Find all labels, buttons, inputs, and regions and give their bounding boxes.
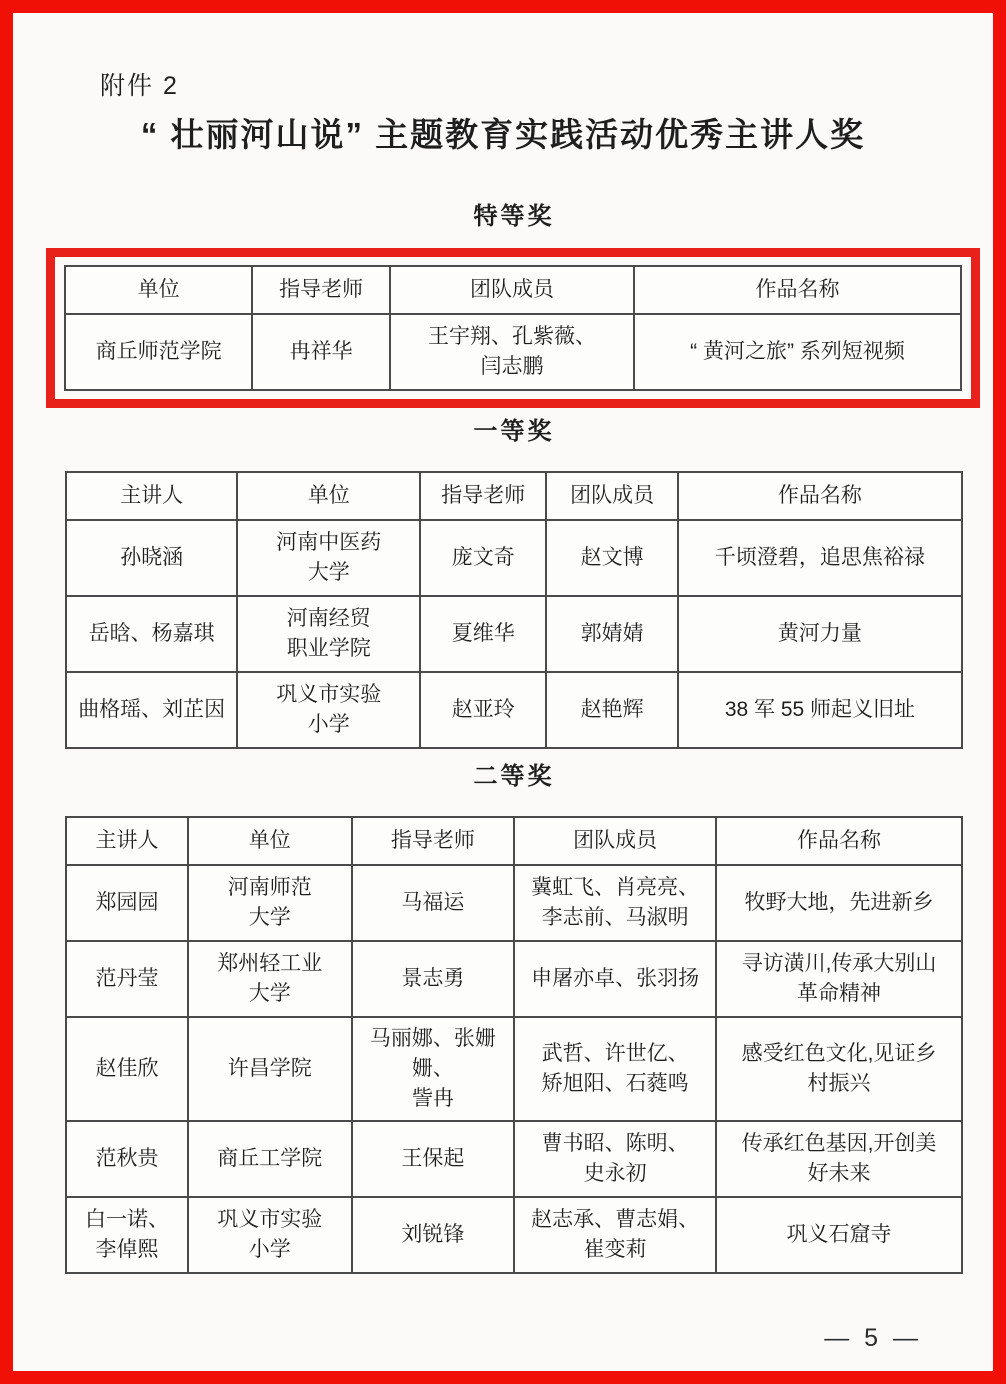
column-header-4: 作品名称 <box>634 266 961 314</box>
table-row: 孙晓涵河南中医药 大学庞文奇赵文博千顷澄碧，追思焦裕禄 <box>66 520 962 596</box>
table-cell: 夏维华 <box>420 596 546 672</box>
table-cell: 曲格瑶、刘芷因 <box>66 672 237 748</box>
table-cell: 郑州轻工业 大学 <box>188 941 352 1017</box>
table-cell: 商丘师范学院 <box>65 314 252 390</box>
table-row: 范秋贵商丘工学院王保起曹书昭、陈明、 史永初传承红色基因,开创美 好未来 <box>66 1121 962 1197</box>
table-cell: 孙晓涵 <box>66 520 237 596</box>
table-cell: 郑园园 <box>66 865 188 941</box>
section-heading-first-prize: 一等奖 <box>65 418 963 447</box>
column-header-1: 单位 <box>65 266 252 314</box>
table-cell: “ 黄河之旅” 系列短视频 <box>634 314 961 390</box>
table-cell: 传承红色基因,开创美 好未来 <box>716 1121 962 1197</box>
table-cell: 牧野大地，先进新乡 <box>716 865 962 941</box>
table-row: 商丘师范学院冉祥华王宇翔、孔紫薇、 闫志鹏“ 黄河之旅” 系列短视频 <box>65 314 961 390</box>
attachment-label: 附件 2 <box>100 0 1006 102</box>
table-cell: 马丽娜、张姗姗、 訾冉 <box>352 1017 515 1121</box>
column-header-1: 主讲人 <box>66 472 237 520</box>
table-row: 郑园园河南师范 大学马福运冀虹飞、肖亮亮、 李志前、马淑明牧野大地，先进新乡 <box>66 865 962 941</box>
table-cell: 武哲、许世亿、 矫旭阳、石蕤鸣 <box>514 1017 716 1121</box>
table-cell: 巩义市实验 小学 <box>237 672 420 748</box>
table-cell: 巩义市实验 小学 <box>188 1197 352 1273</box>
table-row: 白一诺、 李倬熙巩义市实验 小学刘锐锋赵志承、曹志娟、 崔变莉巩义石窟寺 <box>66 1197 962 1273</box>
table-cell: 许昌学院 <box>188 1017 352 1121</box>
special-prize-table: 单位指导老师团队成员作品名称商丘师范学院冉祥华王宇翔、孔紫薇、 闫志鹏“ 黄河之… <box>64 265 962 391</box>
table-cell: 曹书昭、陈明、 史永初 <box>514 1121 716 1197</box>
table-header-row: 主讲人单位指导老师团队成员作品名称 <box>66 817 962 865</box>
column-header-1: 主讲人 <box>66 817 188 865</box>
table-cell: 河南中医药 大学 <box>237 520 420 596</box>
table-header-row: 主讲人单位指导老师团队成员作品名称 <box>66 472 962 520</box>
column-header-3: 指导老师 <box>420 472 546 520</box>
table-cell: 赵文博 <box>546 520 678 596</box>
table-cell: 岳晗、杨嘉琪 <box>66 596 237 672</box>
column-header-4: 团队成员 <box>546 472 678 520</box>
section-heading-special-prize: 特等奖 <box>65 203 963 232</box>
table-cell: 商丘工学院 <box>188 1121 352 1197</box>
special-prize-highlight-annotation: 单位指导老师团队成员作品名称商丘师范学院冉祥华王宇翔、孔紫薇、 闫志鹏“ 黄河之… <box>46 248 980 408</box>
table-cell: 景志勇 <box>352 941 515 1017</box>
table-cell: 赵艳辉 <box>546 672 678 748</box>
table-cell: 赵志承、曹志娟、 崔变莉 <box>514 1197 716 1273</box>
column-header-3: 指导老师 <box>352 817 515 865</box>
table-cell: 38 军 55 师起义旧址 <box>678 672 962 748</box>
first-prize-table: 主讲人单位指导老师团队成员作品名称孙晓涵河南中医药 大学庞文奇赵文博千顷澄碧，追… <box>65 471 963 749</box>
table-cell: 王保起 <box>352 1121 515 1197</box>
section-heading-second-prize: 二等奖 <box>65 763 963 792</box>
page-number: — 5 — <box>0 1324 1006 1353</box>
table-cell: 冉祥华 <box>252 314 390 390</box>
column-header-5: 作品名称 <box>678 472 962 520</box>
table-cell: 郭婧婧 <box>546 596 678 672</box>
table-cell: 河南经贸 职业学院 <box>237 596 420 672</box>
table-header-row: 单位指导老师团队成员作品名称 <box>65 266 961 314</box>
table-cell: 黄河力量 <box>678 596 962 672</box>
table-row: 岳晗、杨嘉琪河南经贸 职业学院夏维华郭婧婧黄河力量 <box>66 596 962 672</box>
table-cell: 感受红色文化,见证乡 村振兴 <box>716 1017 962 1121</box>
table-cell: 白一诺、 李倬熙 <box>66 1197 188 1273</box>
column-header-3: 团队成员 <box>390 266 634 314</box>
table-cell: 申屠亦卓、张羽扬 <box>514 941 716 1017</box>
document-page: 附件 2 “ 壮丽河山说” 主题教育实践活动优秀主讲人奖 特等奖 单位指导老师团… <box>0 0 1006 1384</box>
table-cell: 冀虹飞、肖亮亮、 李志前、马淑明 <box>514 865 716 941</box>
table-row: 曲格瑶、刘芷因巩义市实验 小学赵亚玲赵艳辉38 军 55 师起义旧址 <box>66 672 962 748</box>
table-cell: 寻访潢川,传承大别山 革命精神 <box>716 941 962 1017</box>
table-cell: 马福运 <box>352 865 515 941</box>
table-cell: 范丹莹 <box>66 941 188 1017</box>
table-row: 范丹莹郑州轻工业 大学景志勇申屠亦卓、张羽扬寻访潢川,传承大别山 革命精神 <box>66 941 962 1017</box>
table-cell: 庞文奇 <box>420 520 546 596</box>
table-cell: 范秋贵 <box>66 1121 188 1197</box>
table-cell: 千顷澄碧，追思焦裕禄 <box>678 520 962 596</box>
column-header-4: 团队成员 <box>514 817 716 865</box>
table-cell: 河南师范 大学 <box>188 865 352 941</box>
table-cell: 刘锐锋 <box>352 1197 515 1273</box>
column-header-2: 指导老师 <box>252 266 390 314</box>
page-title: “ 壮丽河山说” 主题教育实践活动优秀主讲人奖 <box>42 114 964 155</box>
table-cell: 赵亚玲 <box>420 672 546 748</box>
second-prize-table: 主讲人单位指导老师团队成员作品名称郑园园河南师范 大学马福运冀虹飞、肖亮亮、 李… <box>65 816 963 1274</box>
table-cell: 赵佳欣 <box>66 1017 188 1121</box>
table-cell: 王宇翔、孔紫薇、 闫志鹏 <box>390 314 634 390</box>
table-row: 赵佳欣许昌学院马丽娜、张姗姗、 訾冉武哲、许世亿、 矫旭阳、石蕤鸣感受红色文化,… <box>66 1017 962 1121</box>
column-header-2: 单位 <box>237 472 420 520</box>
column-header-2: 单位 <box>188 817 352 865</box>
table-cell: 巩义石窟寺 <box>716 1197 962 1273</box>
column-header-5: 作品名称 <box>716 817 962 865</box>
